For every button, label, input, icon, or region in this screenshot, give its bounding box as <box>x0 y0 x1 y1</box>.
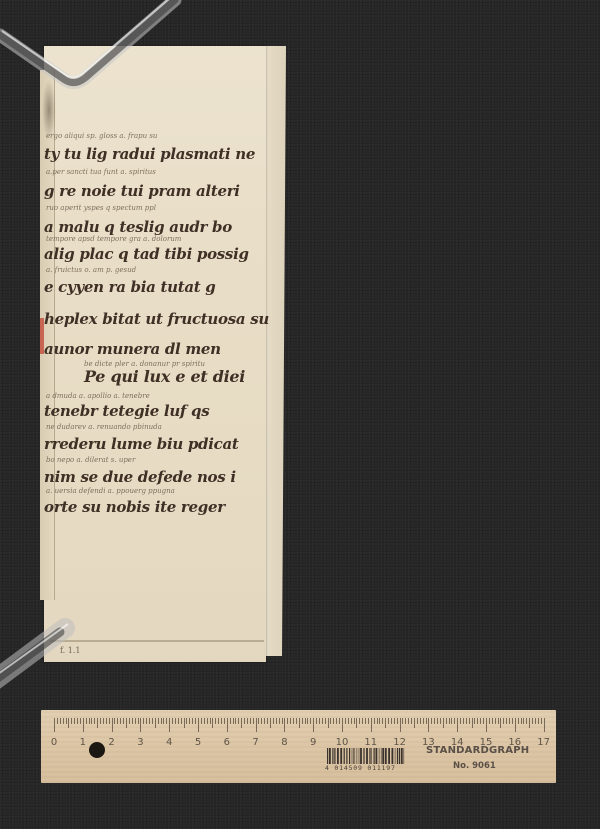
interlinear-gloss: ne dudarev a. renuando pbinuda <box>46 423 162 431</box>
ruler-tick <box>371 718 372 732</box>
ruler-tick <box>253 718 254 724</box>
ruler-tick <box>307 718 308 724</box>
ruler-tick <box>365 718 366 724</box>
ruler-brand: STANDARDGRAPH <box>426 745 529 756</box>
ruler-tick <box>417 718 418 724</box>
ruler-tick <box>126 718 127 728</box>
ruler-label: 0 <box>51 737 57 748</box>
ruler-tick <box>155 718 156 728</box>
ruler-label: 2 <box>108 737 114 748</box>
ruler-tick <box>328 718 329 728</box>
ruler-tick <box>83 718 84 732</box>
ruler-tick <box>330 718 331 724</box>
ruler-tick <box>351 718 352 724</box>
ruler-tick <box>103 718 104 724</box>
ruler-tick <box>175 718 176 724</box>
ruler-tick <box>408 718 409 724</box>
ruler-tick <box>117 718 118 724</box>
ruler-tick <box>86 718 87 724</box>
ruler-tick <box>138 718 139 724</box>
ruler-tick <box>267 718 268 724</box>
interlinear-gloss: a. fruictus o. am p. gesud <box>46 266 136 274</box>
ruler-tick <box>54 718 55 732</box>
ruler-tick <box>189 718 190 724</box>
ruler-tick <box>270 718 271 728</box>
ruler-tick <box>290 718 291 724</box>
ruler-tick <box>140 718 141 732</box>
ruler-tick <box>94 718 95 724</box>
ruler-tick <box>336 718 337 724</box>
ruler-tick <box>359 718 360 724</box>
ruler-tick <box>449 718 450 724</box>
ruler-hanging-hole <box>89 742 105 758</box>
ruler-tick <box>120 718 121 724</box>
ruler-tick <box>394 718 395 724</box>
ruler-tick <box>241 718 242 728</box>
ruler-tick <box>486 718 487 732</box>
ruler-tick <box>480 718 481 724</box>
ruler-label: 5 <box>195 737 201 748</box>
ruler-tick <box>345 718 346 724</box>
ruler-tick <box>114 718 115 724</box>
ruler-tick <box>402 718 403 724</box>
interlinear-gloss: ruo aperit yspes q spectum ppl <box>46 204 156 212</box>
ruler-tick <box>293 718 294 724</box>
ruler-tick <box>109 718 110 724</box>
ruler-tick <box>204 718 205 724</box>
ruler-tick <box>440 718 441 724</box>
ruler-tick <box>503 718 504 724</box>
ruler-tick <box>305 718 306 724</box>
ruler-model: No. 9061 <box>453 761 496 771</box>
ruler-tick <box>207 718 208 724</box>
ruler-tick <box>423 718 424 724</box>
text-line: a malu q teslig audr bo <box>44 218 232 236</box>
ruler-tick <box>463 718 464 724</box>
ruler-tick <box>273 718 274 724</box>
ruler-tick <box>495 718 496 724</box>
ruler-tick <box>184 718 185 728</box>
interlinear-gloss: bo nepo a. dilerat s. uper <box>46 456 135 464</box>
ruler-tick <box>158 718 159 724</box>
ruler-label: 9 <box>310 737 316 748</box>
ruler-tick <box>235 718 236 724</box>
ruler-tick <box>474 718 475 724</box>
ruler-label: 17 <box>537 737 550 748</box>
ruler-tick <box>287 718 288 724</box>
interlinear-gloss: a.per sancti tua funt a. spiritus <box>46 168 156 176</box>
ruler-tick <box>302 718 303 724</box>
ruler-tick <box>77 718 78 724</box>
ruler-tick <box>71 718 72 724</box>
ruler-tick <box>538 718 539 724</box>
ruler-tick <box>477 718 478 724</box>
interlinear-gloss: tempore apsd tempore gra a. dolorum <box>46 235 181 243</box>
ruler-tick <box>112 718 113 732</box>
text-line: heplex bitat ut fructuosa su <box>44 310 269 328</box>
ruler-tick <box>348 718 349 724</box>
interlinear-gloss: a dmuda a. apollio a. tenebre <box>46 392 150 400</box>
ruler-tick <box>233 718 234 724</box>
ruler-tick <box>80 718 81 724</box>
ruler-tick <box>483 718 484 724</box>
ruler-tick <box>521 718 522 724</box>
ruler-tick <box>146 718 147 724</box>
ruler-tick <box>215 718 216 724</box>
ruler-tick <box>492 718 493 724</box>
ruler-tick <box>313 718 314 732</box>
ruler-tick <box>276 718 277 724</box>
ruler-tick <box>498 718 499 724</box>
ruler-tick <box>466 718 467 724</box>
ruler-tick <box>388 718 389 724</box>
ruler-tick <box>256 718 257 732</box>
ruler-tick <box>472 718 473 728</box>
ruler-scale: 01234567891011121314151617 <box>54 718 544 738</box>
ruler-tick <box>284 718 285 732</box>
text-line: e cyyen ra bia tutat g <box>44 278 216 296</box>
ruler-tick <box>437 718 438 724</box>
ruler-label: 1 <box>80 737 86 748</box>
ruler-tick <box>379 718 380 724</box>
ruler-tick <box>247 718 248 724</box>
ruler-tick <box>91 718 92 724</box>
ruler-label: 7 <box>252 737 258 748</box>
ruler-tick <box>238 718 239 724</box>
ruler-tick <box>428 718 429 732</box>
ruler-tick <box>411 718 412 724</box>
ruler-tick <box>509 718 510 724</box>
ruler-tick <box>469 718 470 724</box>
ruler-tick <box>198 718 199 732</box>
ruler-tick <box>518 718 519 724</box>
ruler-tick <box>397 718 398 724</box>
ruler-tick <box>149 718 150 724</box>
ruler-tick <box>523 718 524 724</box>
ruler-tick <box>368 718 369 724</box>
text-line: rrederu lume biu pdicat <box>44 435 239 453</box>
ruler-tick <box>132 718 133 724</box>
ruler-tick <box>325 718 326 724</box>
ruler-label: 6 <box>224 737 230 748</box>
text-line: Pe qui lux e et diei <box>84 367 245 386</box>
ruler-tick <box>143 718 144 724</box>
ruler-tick <box>152 718 153 724</box>
ruler-tick <box>163 718 164 724</box>
ruler-tick <box>210 718 211 724</box>
ruler-tick <box>405 718 406 724</box>
ruler-tick <box>506 718 507 724</box>
ruler-tick <box>541 718 542 724</box>
ruler-tick <box>457 718 458 732</box>
ruler-tick <box>374 718 375 724</box>
ruler-tick <box>97 718 98 728</box>
ruler-tick <box>460 718 461 724</box>
ruler-tick <box>420 718 421 724</box>
ruler-tick <box>63 718 64 724</box>
ruler-tick <box>258 718 259 724</box>
ruler-tick <box>443 718 444 728</box>
ruler-tick <box>512 718 513 724</box>
ruler-tick <box>296 718 297 724</box>
ruler-tick <box>322 718 323 724</box>
ruler-tick <box>400 718 401 732</box>
ruler-tick <box>166 718 167 724</box>
ruler-tick <box>426 718 427 724</box>
text-line: aunor munera dl men <box>44 340 221 358</box>
ruler-tick <box>535 718 536 724</box>
ruler-tick <box>186 718 187 724</box>
ruler-label: 11 <box>364 737 377 748</box>
ruler-tick <box>446 718 447 724</box>
ruler-label: 4 <box>166 737 172 748</box>
ruler-tick <box>218 718 219 724</box>
ruler-tick <box>201 718 202 724</box>
interlinear-gloss: a. uersia defendi a. ppouerg ppugna <box>46 487 175 495</box>
ruler-tick <box>544 718 545 732</box>
manuscript-photograph: f. 1.1 ergo aliqui sp. gloss a. frapu su… <box>0 0 600 829</box>
ruler-tick <box>57 718 58 724</box>
ruler-tick <box>227 718 228 732</box>
ruler-tick <box>515 718 516 732</box>
ruler-tick <box>362 718 363 724</box>
ruler-tick <box>451 718 452 724</box>
ruler-tick <box>181 718 182 724</box>
ruler-label: 3 <box>137 737 143 748</box>
ruler-tick <box>195 718 196 724</box>
ruler-tick <box>385 718 386 728</box>
ruler-tick <box>221 718 222 724</box>
ruler-tick <box>212 718 213 728</box>
ruler-tick <box>526 718 527 724</box>
ruler-tick <box>129 718 130 724</box>
glass-weight-top <box>0 0 200 90</box>
ruler-tick <box>250 718 251 724</box>
ruler-tick <box>172 718 173 724</box>
interlinear-gloss: ergo aliqui sp. gloss a. frapu su <box>46 132 157 140</box>
ruler-tick <box>316 718 317 724</box>
ruler-tick <box>135 718 136 724</box>
ruler-tick <box>489 718 490 724</box>
ruler-tick <box>532 718 533 724</box>
ruler-tick <box>66 718 67 724</box>
ruler-tick <box>106 718 107 724</box>
ruler-tick <box>244 718 245 724</box>
ruler-tick <box>89 718 90 724</box>
ruler-tick <box>342 718 343 732</box>
ruler-tick <box>356 718 357 728</box>
glass-weight-bottom <box>0 610 90 690</box>
ruler-tick <box>354 718 355 724</box>
ruler-tick <box>377 718 378 724</box>
ruler-tick <box>454 718 455 724</box>
ruler-tick <box>391 718 392 724</box>
ruler-tick <box>339 718 340 724</box>
ruler-tick <box>279 718 280 724</box>
ruler-tick <box>529 718 530 728</box>
ruler-tick <box>161 718 162 724</box>
ruler-tick <box>60 718 61 724</box>
ruler-tick <box>178 718 179 724</box>
ruler-tick <box>414 718 415 728</box>
text-line: alig plac q tad tibi possig <box>44 245 249 263</box>
ruler-tick <box>230 718 231 724</box>
ruler-tick <box>431 718 432 724</box>
ruler-tick <box>310 718 311 724</box>
text-line: nim se due defede nos i <box>44 468 236 486</box>
ruler-tick <box>333 718 334 724</box>
ruler-tick <box>261 718 262 724</box>
text-line: tenebr tetegie luf qs <box>44 402 209 420</box>
ruler-tick <box>123 718 124 724</box>
ruler-label: 10 <box>336 737 349 748</box>
text-line: ty tu lig radui plasmati ne <box>44 145 255 163</box>
barcode-number: 4 014509 011197 <box>325 764 396 772</box>
ruler-tick <box>282 718 283 724</box>
ruler-tick <box>319 718 320 724</box>
measurement-ruler: 01234567891011121314151617 4 014509 0111… <box>41 710 556 783</box>
ruler-tick <box>100 718 101 724</box>
text-line: g re noie tui pram alteri <box>44 182 240 200</box>
ruler-tick <box>192 718 193 724</box>
ruler-tick <box>500 718 501 728</box>
ruler-tick <box>224 718 225 724</box>
ruler-label: 12 <box>393 737 406 748</box>
ruler-tick <box>382 718 383 724</box>
ruler-tick <box>299 718 300 728</box>
ruler-tick <box>169 718 170 732</box>
ruler-tick <box>68 718 69 728</box>
ruler-label: 8 <box>281 737 287 748</box>
text-line: orte su nobis ite reger <box>44 498 225 516</box>
ruler-tick <box>74 718 75 724</box>
ruler-tick <box>264 718 265 724</box>
ruler-tick <box>434 718 435 724</box>
